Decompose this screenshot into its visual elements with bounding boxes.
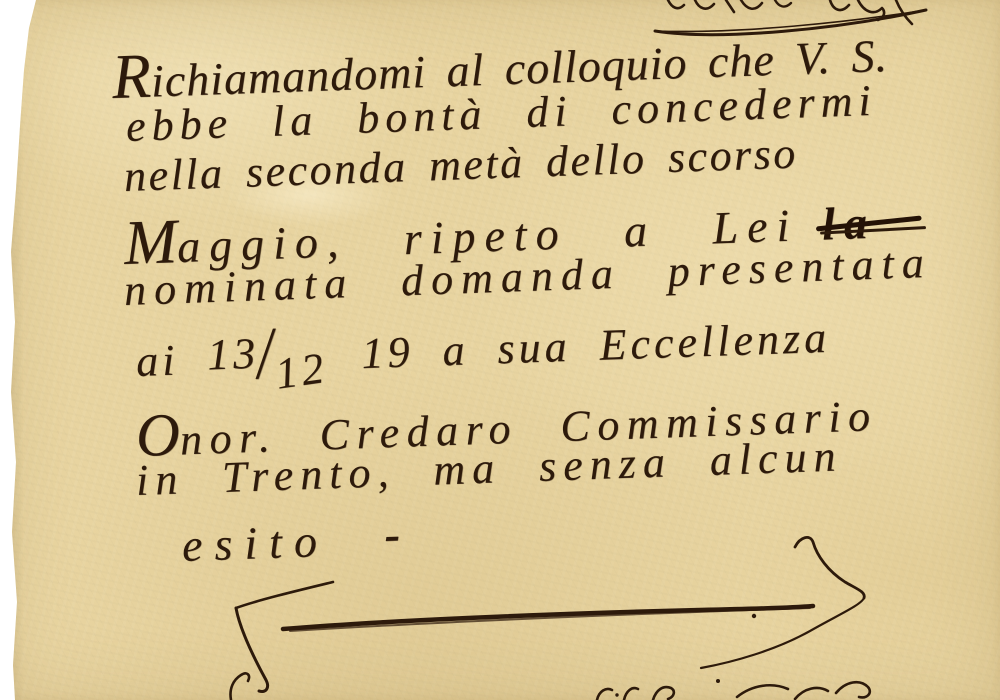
handwriting-line-9: esito- [181,512,413,573]
divider-line [283,606,813,631]
scanned-letter-page: Richiamandomi al colloquio che V. S. ebb… [0,0,1000,700]
right-brace-mark [701,537,864,668]
bottom-partial-line-strokes [230,673,869,700]
line-9-text: esito [181,515,330,571]
paper-sheet: Richiamandomi al colloquio che V. S. ebb… [0,0,1000,700]
line-6-prefix: ai [135,336,179,386]
handwriting-line-6: ai 13/12 19 a sua Eccellenza [135,302,831,389]
date-denominator: 12 [272,343,331,400]
line-6-rest: 19 a sua Eccellenza [361,313,831,378]
trailing-dash: - [384,508,413,562]
date-numerator: 13 [206,329,260,381]
left-brace-mark [236,582,333,691]
